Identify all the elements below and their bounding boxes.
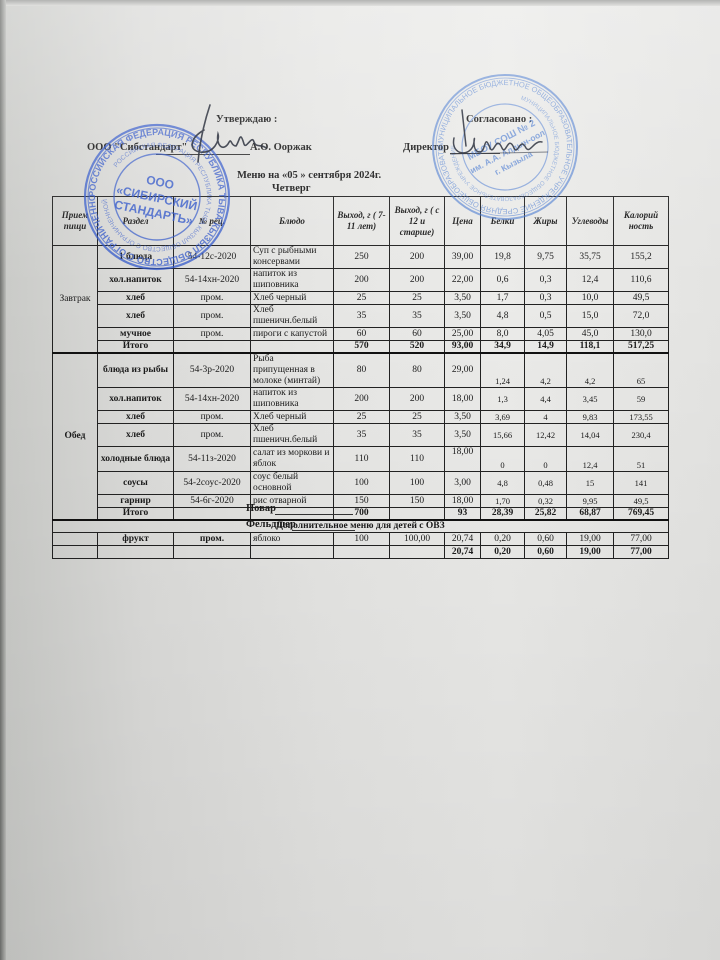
table-header-row: Прием пищи Раздел № рец. Блюдо Выход, г …	[53, 197, 669, 246]
extra-menu-title: Дополнительное меню для детей с ОВЗ	[53, 520, 669, 533]
empty-cell	[334, 546, 390, 559]
table-row: Обед блюда из рыбы 54-3р-2020 Рыба припу…	[53, 353, 669, 388]
cell-dish: Рыба припущенная в молоке (минтай)	[251, 353, 334, 388]
total-price: 93	[445, 508, 481, 521]
cell-output-7-11: 250	[334, 246, 390, 269]
extra-total-row: 20,74 0,20 0,60 19,00 77,00	[53, 546, 669, 559]
cell-fat: 0,3	[525, 269, 567, 292]
table-row: холодные блюда 54-11з-2020 салат из морк…	[53, 447, 669, 472]
col-header-protein: Белки	[481, 197, 525, 246]
empty-cell	[98, 546, 174, 559]
approver-signature	[170, 100, 270, 170]
medic-signature-line	[292, 530, 355, 531]
cell-section: хлеб	[98, 424, 174, 447]
cell-section: гарнир	[98, 495, 174, 508]
cell-carbs: 45,0	[567, 328, 614, 341]
breakfast-total-row: Итого 570 520 93,00 34,9 14,9 118,1 517,…	[53, 341, 669, 354]
cell-section: хлеб	[98, 411, 174, 424]
cell-protein: 0	[481, 447, 525, 472]
cell-output-7-11: 200	[334, 388, 390, 411]
cell-kcal: 51	[614, 447, 669, 472]
svg-text:МУНИЦИПАЛЬНОЕ БЮДЖЕТНОЕ ОБЩЕОБ: МУНИЦИПАЛЬНОЕ БЮДЖЕТНОЕ ОБЩЕОБРАЗОВАТЕЛЬ…	[430, 72, 574, 216]
col-header-carbs: Углеводы	[567, 197, 614, 246]
cell-section: фрукт	[98, 533, 174, 546]
cell-recipe: пром.	[174, 328, 251, 341]
total-fat: 25,82	[525, 508, 567, 521]
cell-fat: 0,32	[525, 495, 567, 508]
paper-top-edge	[0, 0, 720, 6]
cell-section: соусы	[98, 472, 174, 495]
meal-breakfast: Завтрак	[53, 246, 98, 354]
cell-price: 18,00	[445, 447, 481, 472]
approve-label: Утверждаю :	[216, 114, 277, 125]
cell-fat: 4,05	[525, 328, 567, 341]
menu-title: Меню на «05 » сентября 2024г.	[237, 170, 381, 181]
cell-section: блюда из рыбы	[98, 353, 174, 388]
cell-kcal: 49,5	[614, 495, 669, 508]
table-row: хол.напиток 54-14хн-2020 напиток из шипо…	[53, 388, 669, 411]
empty-cell	[53, 533, 98, 546]
cell-output-7-11: 150	[334, 495, 390, 508]
cell-carbs: 12,4	[567, 269, 614, 292]
cell-recipe: 54-11з-2020	[174, 447, 251, 472]
cell-price: 3,50	[445, 292, 481, 305]
cell-output-7-11: 60	[334, 328, 390, 341]
cell-kcal: 65	[614, 353, 669, 388]
cell-output-12: 25	[390, 411, 445, 424]
cell-output-7-11: 100	[334, 472, 390, 495]
medic-label: Фельдшер	[246, 519, 296, 530]
cell-dish: Хлеб черный	[251, 411, 334, 424]
cell-carbs: 12,4	[567, 447, 614, 472]
cell-output-7-11: 200	[334, 269, 390, 292]
cell-fat: 4,2	[525, 353, 567, 388]
cell-fat: 0	[525, 447, 567, 472]
cell-price: 18,00	[445, 388, 481, 411]
cell-dish: пироги с капустой	[251, 328, 334, 341]
menu-table: Прием пищи Раздел № рец. Блюдо Выход, г …	[52, 196, 669, 559]
extra-menu-title-row: Дополнительное меню для детей с ОВЗ	[53, 520, 669, 533]
cell-carbs: 15,0	[567, 305, 614, 328]
cell-fat: 0,5	[525, 305, 567, 328]
cell-protein: 0,20	[481, 533, 525, 546]
cell-price: 25,00	[445, 328, 481, 341]
cell-carbs: 9,95	[567, 495, 614, 508]
table-row: хол.напиток 54-14хн-2020 напиток из шипо…	[53, 269, 669, 292]
total-output-12: 520	[390, 341, 445, 354]
cell-dish: салат из моркови и яблок	[251, 447, 334, 472]
approver-name: А.О. Ооржак	[250, 142, 312, 153]
cell-recipe: пром.	[174, 292, 251, 305]
svg-text:МУНИЦИПАЛЬНОЕ БЮДЖЕТНОЕ ОБЩЕОБ: МУНИЦИПАЛЬНОЕ БЮДЖЕТНОЕ ОБЩЕОБРАЗОВАТЕЛЬ…	[430, 72, 559, 201]
col-header-kcal: Калорий ность	[614, 197, 669, 246]
stamp-right-ring-text: МУНИЦИПАЛЬНОЕ БЮДЖЕТНОЕ ОБЩЕОБРАЗОВАТЕЛЬ…	[430, 72, 574, 216]
cell-section: хол.напиток	[98, 269, 174, 292]
cell-output-7-11: 25	[334, 292, 390, 305]
empty-cell	[251, 341, 334, 354]
col-header-section: Раздел	[98, 197, 174, 246]
col-header-recipe: № рец.	[174, 197, 251, 246]
cell-price: 20,74	[445, 533, 481, 546]
total-kcal: 517,25	[614, 341, 669, 354]
cell-output-12: 35	[390, 305, 445, 328]
stamp-right-inner-ring-text: МУНИЦИПАЛЬНОЕ БЮДЖЕТНОЕ ОБЩЕОБРАЗОВАТЕЛЬ…	[430, 72, 559, 201]
cell-dish: Хлеб пшеничн.белый	[251, 424, 334, 447]
cell-kcal: 49,5	[614, 292, 669, 305]
cell-dish: соус белый основной	[251, 472, 334, 495]
cell-output-7-11: 35	[334, 305, 390, 328]
cook-signature-line	[275, 514, 353, 515]
empty-cell	[53, 546, 98, 559]
meal-lunch: Обед	[53, 353, 98, 520]
empty-cell	[174, 508, 251, 521]
cell-carbs: 14,04	[567, 424, 614, 447]
total-label: Итого	[98, 508, 174, 521]
cell-carbs: 35,75	[567, 246, 614, 269]
cell-output-12: 200	[390, 269, 445, 292]
cell-recipe: 54-12с-2020	[174, 246, 251, 269]
table-row: хлеб пром. Хлеб пшеничн.белый 35 35 3,50…	[53, 424, 669, 447]
cell-protein: 8,0	[481, 328, 525, 341]
cell-protein: 1,3	[481, 388, 525, 411]
total-protein: 34,9	[481, 341, 525, 354]
cell-carbs: 15	[567, 472, 614, 495]
cell-carbs: 4,2	[567, 353, 614, 388]
cell-fat: 0,3	[525, 292, 567, 305]
cell-fat: 4	[525, 411, 567, 424]
table-row: мучное пром. пироги с капустой 60 60 25,…	[53, 328, 669, 341]
cell-output-12: 100,00	[390, 533, 445, 546]
cell-output-7-11: 80	[334, 353, 390, 388]
cell-carbs: 9,83	[567, 411, 614, 424]
cell-recipe: 54-6г-2020	[174, 495, 251, 508]
approver-signature-line	[156, 154, 250, 155]
cell-recipe: пром.	[174, 305, 251, 328]
cell-price: 22,00	[445, 269, 481, 292]
weekday: Четверг	[272, 183, 310, 194]
cell-fat: 9,75	[525, 246, 567, 269]
cell-price: 3,50	[445, 424, 481, 447]
cell-price: 3,50	[445, 305, 481, 328]
cell-carbs: 19,00	[567, 533, 614, 546]
cell-output-7-11: 35	[334, 424, 390, 447]
empty-cell	[174, 546, 251, 559]
cell-kcal: 77,00	[614, 533, 669, 546]
cell-kcal: 110,6	[614, 269, 669, 292]
cell-fat: 4,4	[525, 388, 567, 411]
cell-kcal: 130,0	[614, 328, 669, 341]
total-carbs: 68,87	[567, 508, 614, 521]
cell-price: 39,00	[445, 246, 481, 269]
empty-cell	[251, 546, 334, 559]
cell-recipe: пром.	[174, 533, 251, 546]
table-row: хлеб пром. Хлеб черный 25 25 3,50 1,7 0,…	[53, 292, 669, 305]
cell-kcal: 230,4	[614, 424, 669, 447]
cell-section: 1 блюда	[98, 246, 174, 269]
cell-output-12: 80	[390, 353, 445, 388]
empty-cell	[174, 341, 251, 354]
cell-dish: напиток из шиповника	[251, 388, 334, 411]
total-protein: 28,39	[481, 508, 525, 521]
total-price: 93,00	[445, 341, 481, 354]
total-price: 20,74	[445, 546, 481, 559]
cell-dish: Хлеб пшеничн.белый	[251, 305, 334, 328]
cell-kcal: 173,55	[614, 411, 669, 424]
paper-left-edge	[0, 0, 6, 960]
total-label: Итого	[98, 341, 174, 354]
cell-output-12: 200	[390, 388, 445, 411]
cell-output-12: 60	[390, 328, 445, 341]
cell-protein: 3,69	[481, 411, 525, 424]
col-header-output-12: Выход, г ( с 12 и старше)	[390, 197, 445, 246]
cell-dish: Хлеб черный	[251, 292, 334, 305]
col-header-dish: Блюдо	[251, 197, 334, 246]
cell-section: мучное	[98, 328, 174, 341]
stamp-right-center-2: им. А.А. Алдын-оол	[468, 127, 546, 175]
col-header-price: Цена	[445, 197, 481, 246]
total-output-12	[390, 508, 445, 521]
cell-section: холодные блюда	[98, 447, 174, 472]
cell-recipe: пром.	[174, 424, 251, 447]
cell-output-7-11: 110	[334, 447, 390, 472]
total-output-7-11: 570	[334, 341, 390, 354]
cell-recipe: 54-2соус-2020	[174, 472, 251, 495]
cell-fat: 0,48	[525, 472, 567, 495]
cell-output-12: 110	[390, 447, 445, 472]
cell-output-7-11: 100	[334, 533, 390, 546]
empty-cell	[390, 546, 445, 559]
org-name: ООО "Сибстандарт"	[87, 142, 187, 153]
total-carbs: 19,00	[567, 546, 614, 559]
cell-output-7-11: 25	[334, 411, 390, 424]
cell-protein: 0,6	[481, 269, 525, 292]
cell-kcal: 155,2	[614, 246, 669, 269]
col-header-fat: Жиры	[525, 197, 567, 246]
total-kcal: 769,45	[614, 508, 669, 521]
table-row: хлеб пром. Хлеб черный 25 25 3,50 3,69 4…	[53, 411, 669, 424]
cook-label: Повар	[246, 503, 276, 514]
col-header-meal: Прием пищи	[53, 197, 98, 246]
cell-recipe: 54-14хн-2020	[174, 269, 251, 292]
total-fat: 14,9	[525, 341, 567, 354]
cell-kcal: 141	[614, 472, 669, 495]
total-protein: 0,20	[481, 546, 525, 559]
stamp-left-center-1: ООО	[145, 173, 175, 193]
cell-protein: 19,8	[481, 246, 525, 269]
total-kcal: 77,00	[614, 546, 669, 559]
table-row: хлеб пром. Хлеб пшеничн.белый 35 35 3,50…	[53, 305, 669, 328]
cell-recipe: 54-3р-2020	[174, 353, 251, 388]
lunch-total-row: Итого 700 93 28,39 25,82 68,87 769,45	[53, 508, 669, 521]
cell-recipe: пром.	[174, 411, 251, 424]
table-row: фрукт пром. яблоко 100 100,00 20,74 0,20…	[53, 533, 669, 546]
cell-output-12: 200	[390, 246, 445, 269]
cell-output-12: 100	[390, 472, 445, 495]
cell-protein: 15,66	[481, 424, 525, 447]
cell-dish: напиток из шиповника	[251, 269, 334, 292]
director-signature-line	[450, 153, 500, 154]
cell-protein: 1,70	[481, 495, 525, 508]
total-carbs: 118,1	[567, 341, 614, 354]
cell-section: хол.напиток	[98, 388, 174, 411]
cell-protein: 4,8	[481, 472, 525, 495]
table-row: гарнир 54-6г-2020 рис отварной 150 150 1…	[53, 495, 669, 508]
table-row: соусы 54-2соус-2020 соус белый основной …	[53, 472, 669, 495]
total-fat: 0,60	[525, 546, 567, 559]
cell-dish: яблоко	[251, 533, 334, 546]
cell-section: хлеб	[98, 292, 174, 305]
cell-output-12: 25	[390, 292, 445, 305]
cell-kcal: 72,0	[614, 305, 669, 328]
cell-protein: 1,24	[481, 353, 525, 388]
cell-price: 18,00	[445, 495, 481, 508]
cell-price: 29,00	[445, 353, 481, 388]
cell-price: 3,50	[445, 411, 481, 424]
cell-price: 3,00	[445, 472, 481, 495]
cell-kcal: 59	[614, 388, 669, 411]
agree-label: Согласовано :	[466, 114, 532, 125]
cell-section: хлеб	[98, 305, 174, 328]
cell-carbs: 3,45	[567, 388, 614, 411]
cell-carbs: 10,0	[567, 292, 614, 305]
director-label: Директор	[403, 142, 449, 153]
cell-fat: 0,60	[525, 533, 567, 546]
cell-protein: 1,7	[481, 292, 525, 305]
cell-output-12: 35	[390, 424, 445, 447]
cell-dish: Суп с рыбными консервами	[251, 246, 334, 269]
table-row: Завтрак 1 блюда 54-12с-2020 Суп с рыбным…	[53, 246, 669, 269]
cell-protein: 4,8	[481, 305, 525, 328]
col-header-output-7-11: Выход, г ( 7-11 лет)	[334, 197, 390, 246]
cell-fat: 12,42	[525, 424, 567, 447]
cell-recipe: 54-14хн-2020	[174, 388, 251, 411]
cell-output-12: 150	[390, 495, 445, 508]
